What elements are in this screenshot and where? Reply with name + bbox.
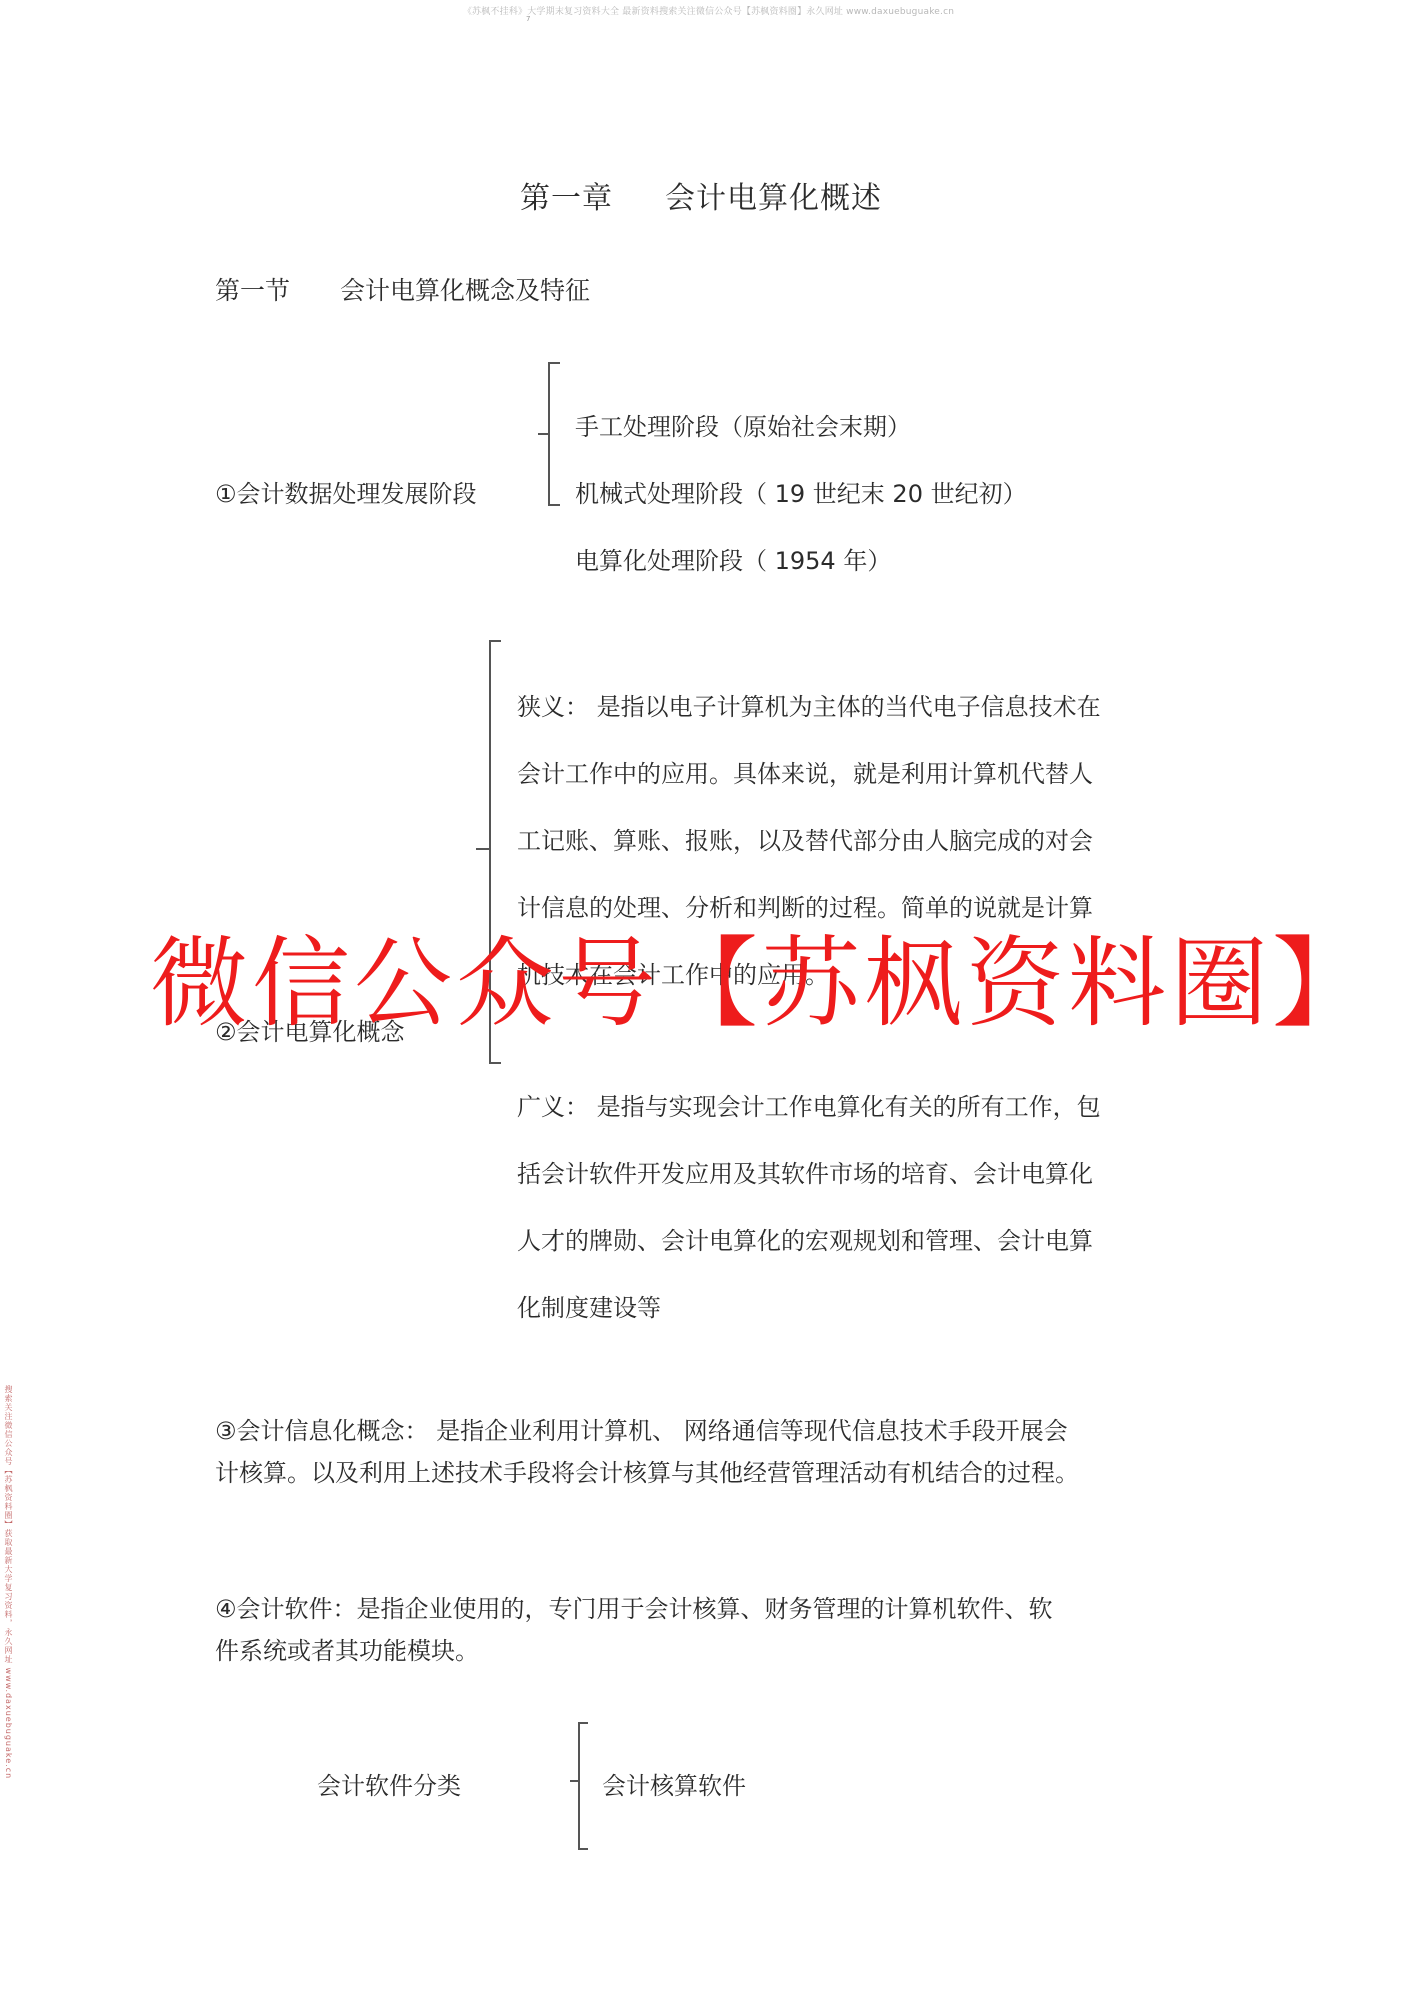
broad-line: 人才的牌勋、会计电算化的宏观规划和管理、会计电算 bbox=[517, 1208, 1101, 1275]
side-note: 搜索关注微信公众号【苏枫资料圈】获取最新大学复习资料，永久网址 www.daxu… bbox=[2, 1385, 14, 1779]
header-note: 《苏枫不挂科》大学期末复习资料大全 最新资料搜索关注微信公众号【苏枫资料圈】永久… bbox=[0, 4, 1417, 17]
item1-brace-tick bbox=[538, 433, 550, 435]
section-name: 会计电算化概念及特征 bbox=[340, 276, 590, 305]
chapter-number: 第一章 bbox=[520, 181, 613, 216]
software-classification-brace bbox=[578, 1722, 588, 1850]
chapter-name: 会计电算化概述 bbox=[665, 181, 882, 216]
item2-brace-tick bbox=[476, 848, 490, 850]
narrow-line: 工记账、算账、报账，以及替代部分由人脑完成的对会 bbox=[517, 808, 1101, 875]
item4-line: ④会计软件：是指企业使用的，专门用于会计核算、财务管理的计算机软件、软 bbox=[215, 1588, 1053, 1630]
item4-line: 件系统或者其功能模块。 bbox=[215, 1630, 1053, 1672]
stage-computerized: 电算化处理阶段（ 1954 年） bbox=[575, 541, 891, 576]
stage-manual: 手工处理阶段（原始社会末期） bbox=[575, 407, 911, 442]
narrow-line: 狭义： 是指以电子计算机为主体的当代电子信息技术在 bbox=[517, 674, 1101, 741]
item1-label: ①会计数据处理发展阶段 bbox=[215, 474, 477, 509]
item3-line: 计核算。以及利用上述技术手段将会计核算与其他经营管理活动有机结合的过程。 bbox=[215, 1452, 1079, 1494]
broad-line: 化制度建设等 bbox=[517, 1275, 1101, 1342]
item4-paragraph: ④会计软件：是指企业使用的，专门用于会计核算、财务管理的计算机软件、软 件系统或… bbox=[215, 1588, 1053, 1672]
section-title: 第一节会计电算化概念及特征 bbox=[215, 271, 590, 307]
header-mark: 7 bbox=[526, 15, 530, 23]
section-number: 第一节 bbox=[215, 276, 290, 305]
broad-line: 广义： 是指与实现会计工作电算化有关的所有工作，包 bbox=[517, 1074, 1101, 1141]
broad-line: 括会计软件开发应用及其软件市场的培育、会计电算化 bbox=[517, 1141, 1101, 1208]
narrow-line: 会计工作中的应用。具体来说，就是利用计算机代替人 bbox=[517, 741, 1101, 808]
stage-mechanical: 机械式处理阶段（ 19 世纪末 20 世纪初） bbox=[575, 474, 1027, 509]
software-type-accounting: 会计核算软件 bbox=[602, 1766, 746, 1801]
broad-definition: 广义： 是指与实现会计工作电算化有关的所有工作，包 括会计软件开发应用及其软件市… bbox=[517, 1074, 1101, 1342]
software-classification-label: 会计软件分类 bbox=[317, 1766, 461, 1801]
chapter-title: 第一章会计电算化概述 bbox=[520, 173, 882, 217]
item3-line: ③会计信息化概念： 是指企业利用计算机、 网络通信等现代信息技术手段开展会 bbox=[215, 1410, 1079, 1452]
software-classification-brace-tick bbox=[570, 1780, 580, 1782]
watermark-text: 微信公众号【苏枫资料圈】 bbox=[150, 935, 1374, 1033]
item3-paragraph: ③会计信息化概念： 是指企业利用计算机、 网络通信等现代信息技术手段开展会 计核… bbox=[215, 1410, 1079, 1494]
